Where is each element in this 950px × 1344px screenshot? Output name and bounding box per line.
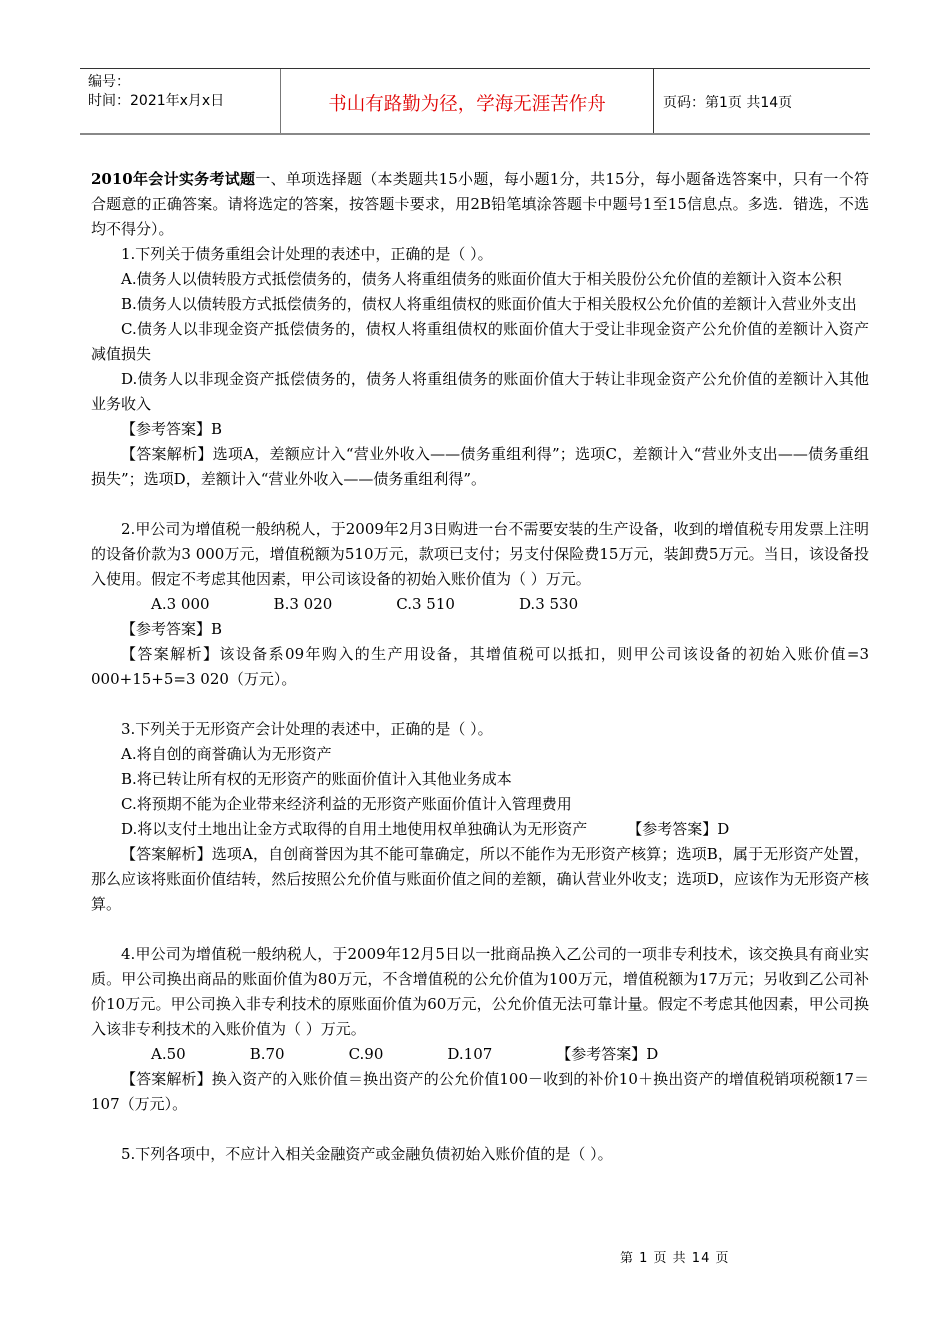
reference-answer: 【参考答案】D [627,820,729,838]
option-a: A.50 [121,1042,186,1067]
option-a: A.3 000 [121,592,210,617]
header-table: 编号： 时间：2021年x月x日 书山有路勤为径，学海无涯苦作舟 页码：第1页 … [80,68,870,135]
option-d: D.107 [417,1042,492,1067]
option-b: B.将已转让所有权的无形资产的账面价值计入其他业务成本 [91,767,869,792]
option-b: B.债务人以债转股方式抵偿债务的，债权人将重组债权的账面价值大于相关股权公允价值… [91,292,869,317]
footer-page-number: 第 1 页 共 14 页 [620,1251,729,1266]
option-c: C.3 510 [366,592,455,617]
spacer [91,1117,869,1142]
spacer [91,692,869,717]
serial-label: 编号： [88,73,280,92]
date-label: 时间：2021年x月x日 [88,92,280,111]
question-2: 2.甲公司为增值税一般纳税人，于2009年2月3日购进一台不需要安装的生产设备，… [91,517,869,692]
option-c: C.90 [319,1042,384,1067]
answer-analysis: 【答案解析】选项A，自创商誉因为其不能可靠确定，所以不能作为无形资产核算；选项B… [91,842,869,917]
option-d: D.债务人以非现金资产抵偿债务的，债务人将重组债务的账面价值大于转让非现金资产公… [91,367,869,417]
header-page-cell: 页码：第1页 共14页 [654,69,870,133]
reference-answer: 【参考答案】D [526,1042,658,1067]
header-meta-cell: 编号： 时间：2021年x月x日 [80,69,281,133]
option-a: A.债务人以债转股方式抵偿债务的，债务人将重组债务的账面价值大于相关股份公允价值… [91,267,869,292]
reference-answer: 【参考答案】B [91,617,869,642]
option-a: A.将自创的商誉确认为无形资产 [91,742,869,767]
reference-answer: 【参考答案】B [91,417,869,442]
header-motto-cell: 书山有路勤为径，学海无涯苦作舟 [281,69,654,133]
answer-analysis: 【答案解析】该设备系09年购入的生产用设备，其增值税可以抵扣，则甲公司该设备的初… [91,642,869,692]
option-d-with-answer: D.将以支付土地出让金方式取得的自用土地使用权单独确认为无形资产【参考答案】D [91,817,869,842]
question-5: 5.下列各项中，不应计入相关金融资产或金融负债初始入账价值的是（ ）。 [91,1142,869,1167]
document-title: 2010年会计实务考试题 [91,170,255,188]
question-stem: 4.甲公司为增值税一般纳税人，于2009年12月5日以一批商品换入乙公司的一项非… [91,942,869,1042]
answer-analysis: 【答案解析】选项A，差额应计入“营业外收入——债务重组利得”；选项C，差额计入“… [91,442,869,492]
page-footer: 第 1 页 共 14 页 [620,1247,729,1266]
question-4: 4.甲公司为增值税一般纳税人，于2009年12月5日以一批商品换入乙公司的一项非… [91,942,869,1117]
question-stem: 1.下列关于债务重组会计处理的表述中，正确的是（ ）。 [91,242,869,267]
option-b: B.3 020 [244,592,333,617]
answer-analysis: 【答案解析】换入资产的入账价值＝换出资产的公允价值100－收到的补价10＋换出资… [91,1067,869,1117]
question-1: 1.下列关于债务重组会计处理的表述中，正确的是（ ）。 A.债务人以债转股方式抵… [91,242,869,492]
document-body: 2010年会计实务考试题一、单项选择题（本类题共15小题，每小题1分，共15分，… [91,167,869,1167]
options-row: A.3 000B.3 020C.3 510D.3 530 [91,592,869,617]
question-3: 3.下列关于无形资产会计处理的表述中，正确的是（ ）。 A.将自创的商誉确认为无… [91,717,869,917]
question-stem: 5.下列各项中，不应计入相关金融资产或金融负债初始入账价值的是（ ）。 [91,1142,869,1167]
options-row: A.50B.70C.90D.107【参考答案】D [91,1042,869,1067]
option-d: D.3 530 [489,592,578,617]
intro-paragraph: 2010年会计实务考试题一、单项选择题（本类题共15小题，每小题1分，共15分，… [91,167,869,242]
question-stem: 3.下列关于无形资产会计处理的表述中，正确的是（ ）。 [91,717,869,742]
option-b: B.70 [220,1042,285,1067]
option-d: D.将以支付土地出让金方式取得的自用土地使用权单独确认为无形资产 [121,820,587,838]
option-c: C.债务人以非现金资产抵偿债务的，债权人将重组债权的账面价值大于受让非现金资产公… [91,317,869,367]
page-info: 页码：第1页 共14页 [663,92,792,112]
spacer [91,917,869,942]
option-c: C.将预期不能为企业带来经济利益的无形资产账面价值计入管理费用 [91,792,869,817]
question-stem: 2.甲公司为增值税一般纳税人，于2009年2月3日购进一台不需要安装的生产设备，… [91,517,869,592]
spacer [91,492,869,517]
motto-text: 书山有路勤为径，学海无涯苦作舟 [328,90,606,116]
